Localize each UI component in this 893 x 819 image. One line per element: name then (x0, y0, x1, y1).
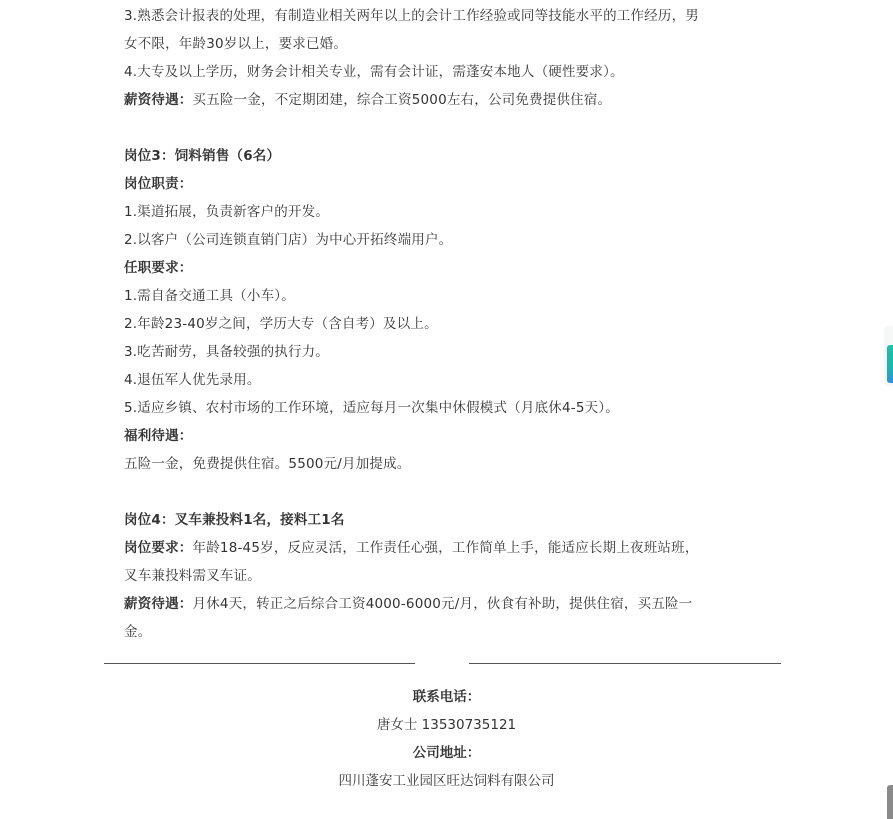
spacer (124, 478, 784, 506)
requirement-item: 1.需自备交通工具（小车）。 (124, 282, 784, 310)
position-4: 岗位4：叉车兼投料1名，接料工1名 岗位要求：年龄18-45岁，反应灵活，工作责… (124, 506, 784, 646)
side-float-tab[interactable] (887, 345, 893, 383)
requirement-item: 4.退伍军人优先录用。 (124, 366, 784, 394)
address-value: 四川蓬安工业园区旺达饲料有限公司 (0, 767, 893, 795)
duty-item: 1.渠道拓展，负责新客户的开发。 (124, 198, 784, 226)
requirements-text-continued: 叉车兼投料需叉车证。 (124, 562, 784, 590)
requirement-item: 女不限，年龄30岁以上，要求已婚。 (124, 30, 784, 58)
position-title: 岗位3：饲料销售（6名） (124, 142, 784, 170)
requirements-text: 年龄18-45岁，反应灵活，工作责任心强，工作简单上手，能适应长期上夜班站班， (193, 540, 699, 556)
requirement-item: 5.适应乡镇、农村市场的工作环境，适应每月一次集中休假模式（月底休4-5天）。 (124, 394, 784, 422)
requirements-label: 任职要求： (124, 254, 784, 282)
salary-line: 薪资待遇：月休4天，转正之后综合工资4000-6000元/月，伙食有补助，提供住… (124, 590, 784, 618)
requirements-line: 岗位要求：年龄18-45岁，反应灵活，工作责任心强，工作简单上手，能适应长期上夜… (124, 534, 784, 562)
requirement-item: 4.大专及以上学历，财务会计相关专业，需有会计证，需蓬安本地人（硬性要求）。 (124, 58, 784, 86)
job-posting-article: 3.熟悉会计报表的处理，有制造业相关两年以上的会计工作经验或同等技能水平的工作经… (124, 2, 784, 646)
divider-line-right (469, 663, 781, 664)
requirements-label: 岗位要求： (124, 540, 193, 556)
benefits-text: 五险一金，免费提供住宿。5500元/月加提成。 (124, 450, 784, 478)
duties-label: 岗位职责： (124, 170, 784, 198)
divider-line-left (104, 663, 415, 664)
salary-line: 薪资待遇：买五险一金，不定期团建，综合工资5000左右，公司免费提供住宿。 (124, 86, 784, 114)
requirement-item: 3.熟悉会计报表的处理，有制造业相关两年以上的会计工作经验或同等技能水平的工作经… (124, 2, 784, 30)
salary-label: 薪资待遇： (124, 596, 193, 612)
requirement-item: 2.年龄23-40岁之间，学历大专（含自考）及以上。 (124, 310, 784, 338)
requirement-item: 3.吃苦耐劳，具备较强的执行力。 (124, 338, 784, 366)
scrollbar-thumb[interactable] (887, 785, 893, 819)
salary-text: 买五险一金，不定期团建，综合工资5000左右，公司免费提供住宿。 (193, 92, 612, 108)
salary-text-continued: 金。 (124, 618, 784, 646)
position-title: 岗位4：叉车兼投料1名，接料工1名 (124, 506, 784, 534)
phone-label: 联系电话： (0, 683, 893, 711)
duty-item: 2.以客户（公司连锁直销门店）为中心开拓终端用户。 (124, 226, 784, 254)
salary-label: 薪资待遇： (124, 92, 193, 108)
spacer (124, 114, 784, 142)
phone-value: 唐女士 13530735121 (0, 711, 893, 739)
salary-text: 月休4天，转正之后综合工资4000-6000元/月，伙食有补助，提供住宿，买五险… (193, 596, 693, 612)
address-label: 公司地址： (0, 739, 893, 767)
section-divider (0, 663, 893, 665)
position-2-continued: 3.熟悉会计报表的处理，有制造业相关两年以上的会计工作经验或同等技能水平的工作经… (124, 2, 784, 114)
benefits-label: 福利待遇： (124, 422, 784, 450)
position-3: 岗位3：饲料销售（6名） 岗位职责： 1.渠道拓展，负责新客户的开发。 2.以客… (124, 142, 784, 478)
contact-section: 联系电话： 唐女士 13530735121 公司地址： 四川蓬安工业园区旺达饲料… (0, 683, 893, 795)
